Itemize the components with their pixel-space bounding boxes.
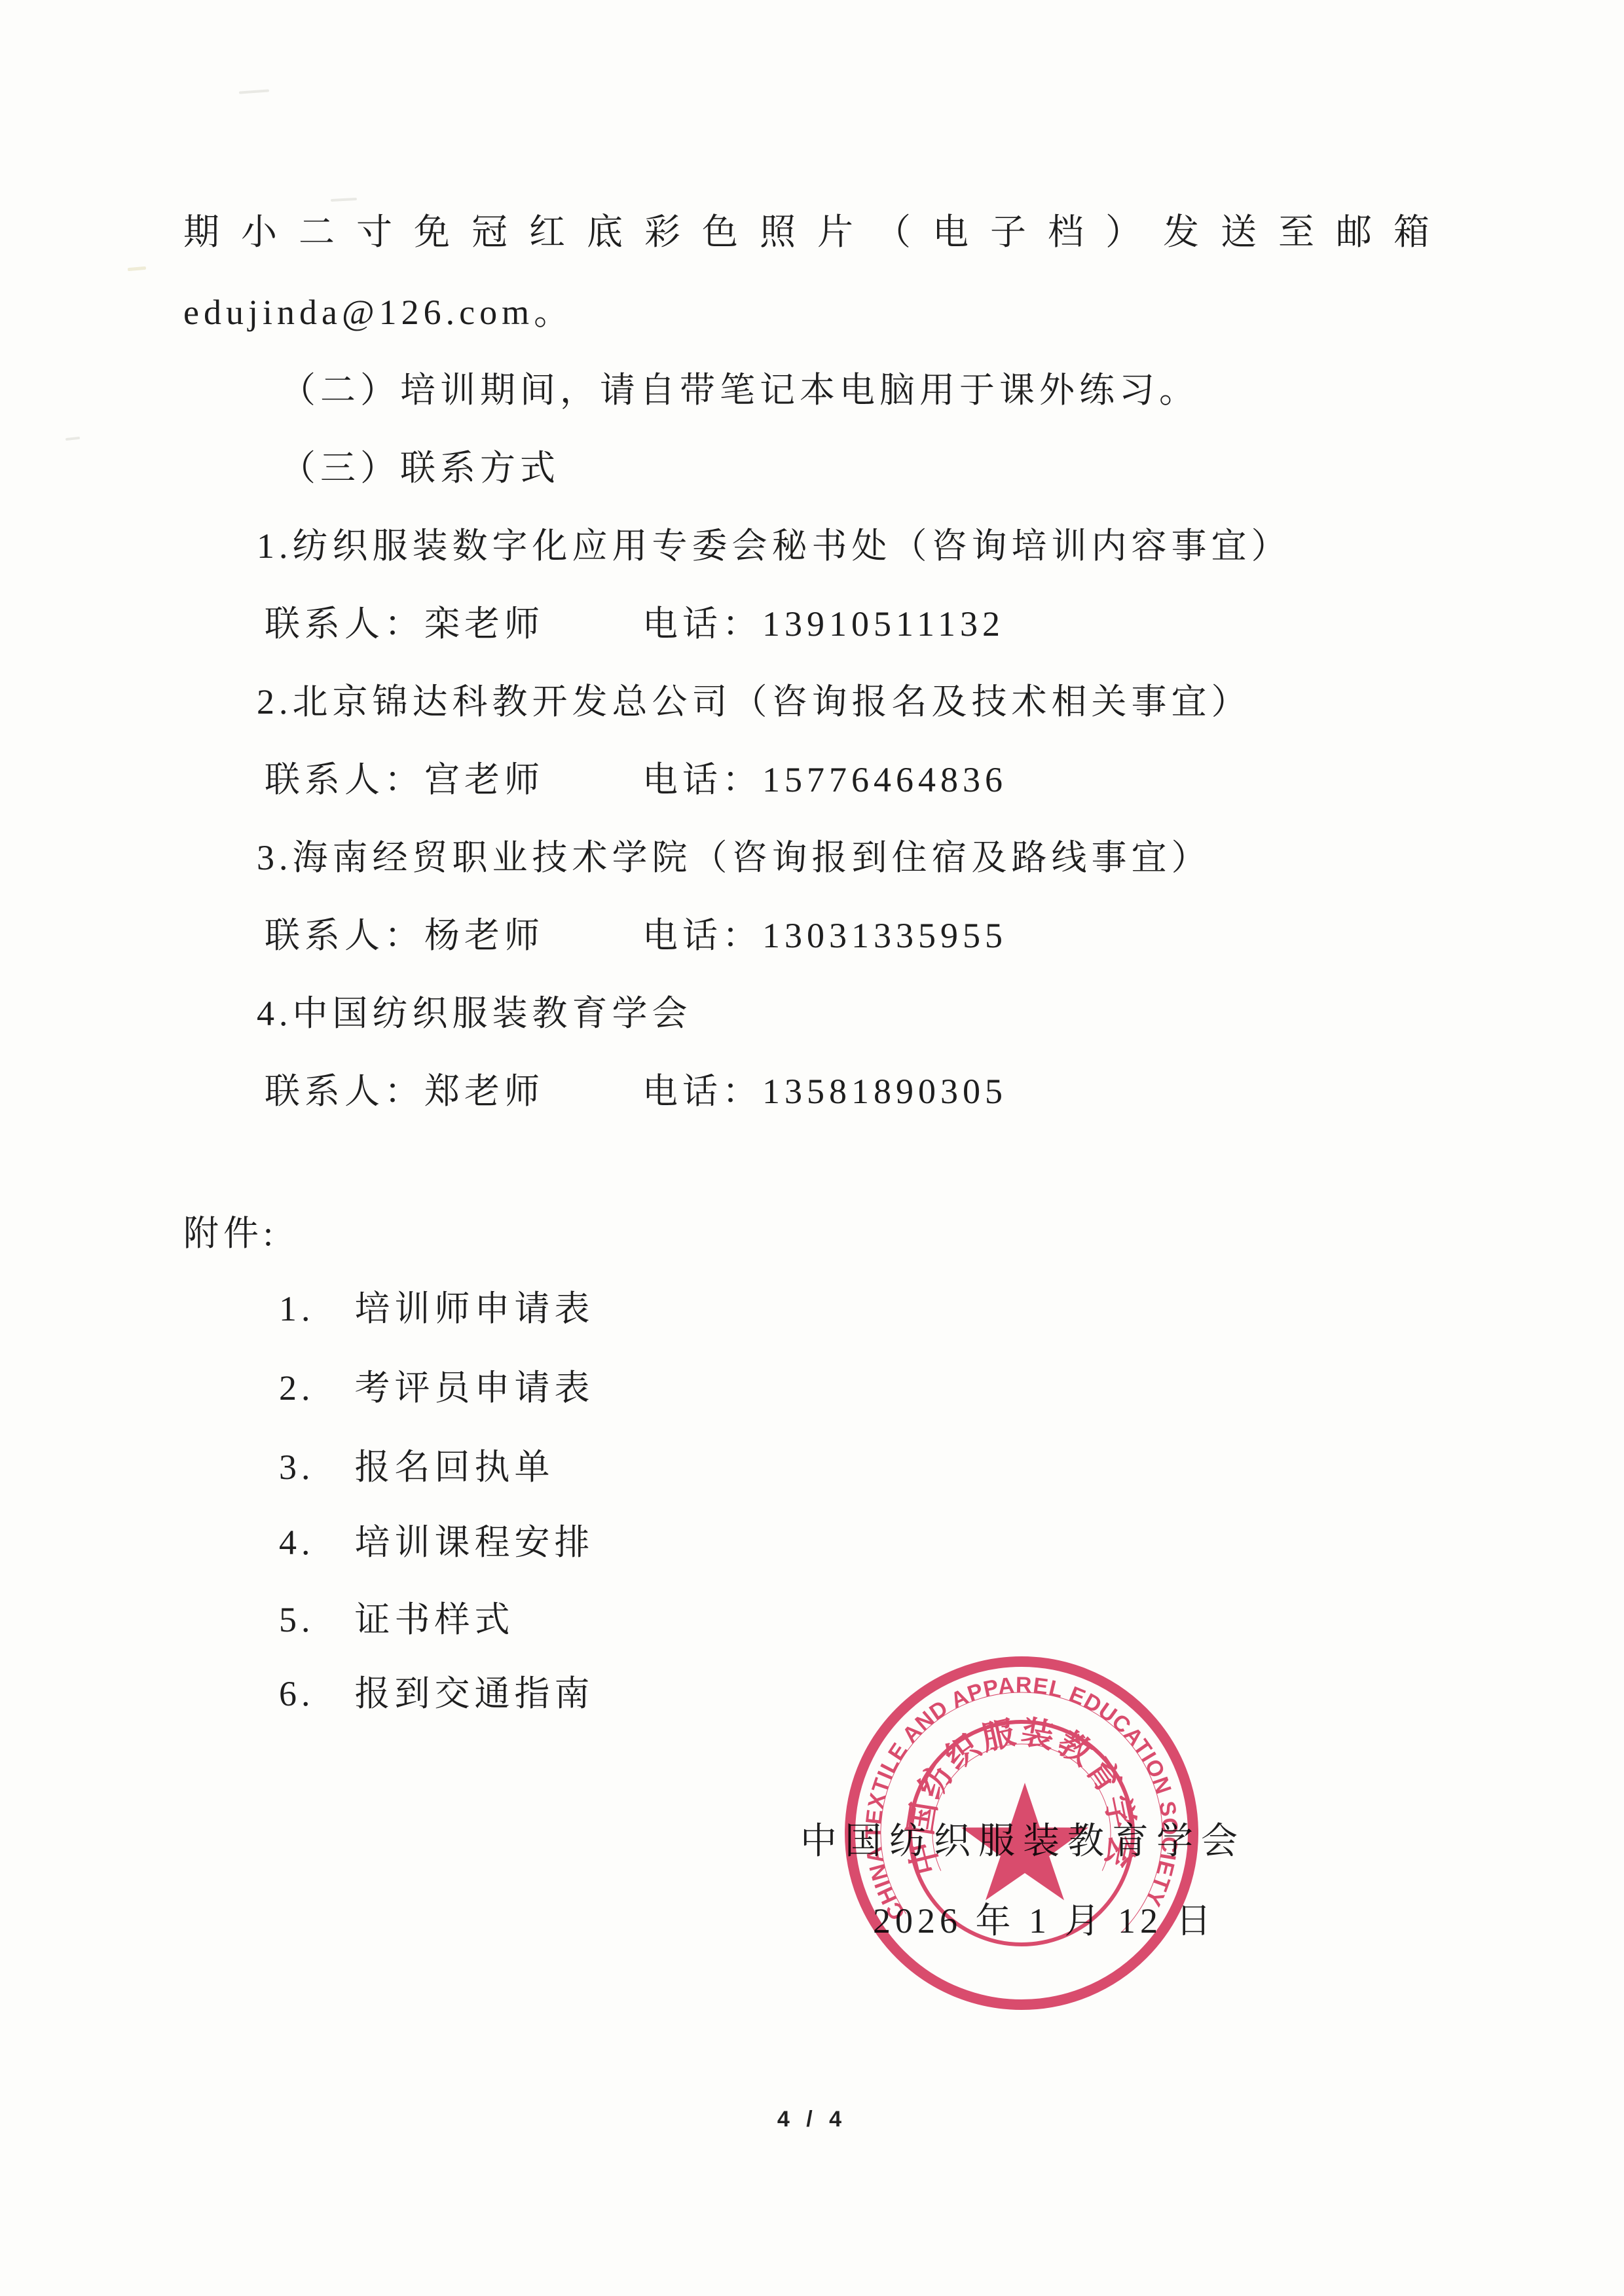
official-red-seal: CHINA TEXTILE AND APPAREL EDUCATION SOCI… (819, 1630, 1225, 2036)
contact-person-4: 联系人：郑老师 (265, 1072, 544, 1111)
contact-phone-3: 电话：13031335955 (642, 916, 1007, 955)
attachment-item-2: 2. 考评员申请表 (183, 1368, 1543, 1408)
attachment-item-1: 1. 培训师申请表 (183, 1288, 1543, 1329)
contact-person-3: 联系人：杨老师 (265, 916, 544, 955)
paragraph-item-two: （二）培训期间，请自带笔记本电脑用于课外练习。 (183, 370, 1544, 410)
email-address-text: edujinda@126.com。 (183, 292, 1447, 333)
page-number: 4 / 4 (0, 2107, 1624, 2132)
contact-person-1: 联系人：栾老师 (265, 604, 544, 644)
scan-speck (331, 198, 357, 202)
heading-contact-methods: （三）联系方式 (183, 448, 1544, 488)
contact-org-3: 3.海南经贸职业技术学院（咨询报到住宿及路线事宜） (183, 837, 1521, 878)
contact-phone-1: 电话：13910511132 (642, 604, 1005, 644)
contact-line-1: 联系人：栾老师电话：13910511132 (183, 604, 1528, 644)
contact-person-2: 联系人：宫老师 (265, 760, 544, 799)
scan-speck (239, 89, 269, 94)
contact-org-1: 1.纺织服装数字化应用专委会秘书处（咨询培训内容事宜） (183, 526, 1521, 566)
seal-star-icon (961, 1783, 1088, 1901)
attachments-title: 附件: (183, 1213, 1447, 1254)
contact-org-2: 2.北京锦达科教开发总公司（咨询报名及技术相关事宜） (183, 682, 1521, 722)
contact-line-4: 联系人：郑老师电话：13581890305 (183, 1071, 1528, 1112)
paragraph-photo-requirement: 期小二寸免冠红底彩色照片（电子档）发送至邮箱 (183, 212, 1447, 253)
scan-speck (128, 266, 146, 271)
contact-line-2: 联系人：宫老师电话：15776464836 (183, 759, 1528, 800)
scanned-document-page: 期小二寸免冠红底彩色照片（电子档）发送至邮箱 edujinda@126.com。… (0, 0, 1624, 2296)
attachment-item-4: 4. 培训课程安排 (183, 1522, 1543, 1563)
scan-speck (65, 437, 80, 441)
contact-org-4: 4.中国纺织服装教育学会 (183, 993, 1521, 1034)
contact-line-3: 联系人：杨老师电话：13031335955 (183, 915, 1528, 956)
contact-phone-4: 电话：13581890305 (642, 1072, 1007, 1111)
attachment-item-3: 3. 报名回执单 (183, 1447, 1543, 1487)
contact-phone-2: 电话：15776464836 (642, 760, 1007, 799)
